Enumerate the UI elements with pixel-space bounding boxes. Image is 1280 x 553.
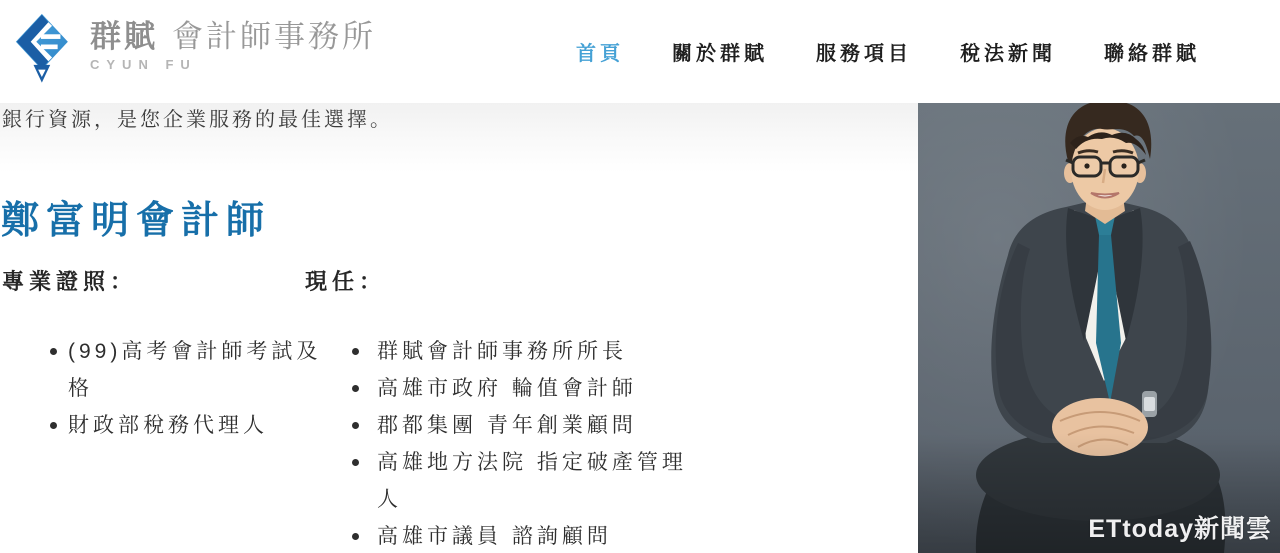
brand-name-secondary: 會計師事務所 xyxy=(172,19,376,54)
current-position-item: 高雄市議員 諮詢顧問 xyxy=(342,518,704,553)
nav-item-services[interactable]: 服務項目 xyxy=(816,37,912,66)
current-position-item: 群賦會計師事務所所長 xyxy=(342,333,704,370)
portrait-photo: ETtoday新聞雲 xyxy=(918,103,1280,553)
nav-item-home[interactable]: 首頁 xyxy=(576,37,624,66)
licenses-list: (99)高考會計師考試及格 財政部稅務代理人 xyxy=(40,333,340,444)
brand-logo-icon xyxy=(10,12,70,90)
brand-name-english: CYUN FU xyxy=(90,57,376,72)
watermark-ettoday: ETtoday新聞雲 xyxy=(1088,509,1272,545)
brand-name-primary: 群賦 xyxy=(90,19,158,54)
current-position-item: 郡都集團 青年創業顧問 xyxy=(342,407,704,444)
licenses-list-item: 財政部稅務代理人 xyxy=(40,407,340,444)
current-position-item: 高雄市政府 輪值會計師 xyxy=(342,370,704,407)
main-nav: 首頁 關於群賦 服務項目 稅法新聞 聯絡群賦 xyxy=(576,0,1200,103)
licenses-list-item: (99)高考會計師考試及格 xyxy=(40,333,340,407)
nav-item-about[interactable]: 關於群賦 xyxy=(672,37,768,66)
site-header: 群賦會計師事務所 CYUN FU 首頁 關於群賦 服務項目 稅法新聞 聯絡群賦 xyxy=(0,0,1280,103)
current-positions-list: 群賦會計師事務所所長 高雄市政府 輪值會計師 郡都集團 青年創業顧問 高雄地方法… xyxy=(342,333,704,553)
brand-text: 群賦會計師事務所 CYUN FU xyxy=(90,12,376,72)
section-label-current: 現任： xyxy=(305,265,386,296)
portrait-illustration xyxy=(918,103,1280,553)
content-area: 銀行資源，是您企業服務的最佳選擇。 鄭富明會計師 專業證照： 現任： (99)高… xyxy=(0,103,918,553)
page: 群賦會計師事務所 CYUN FU 首頁 關於群賦 服務項目 稅法新聞 聯絡群賦 … xyxy=(0,0,1280,553)
nav-item-contact[interactable]: 聯絡群賦 xyxy=(1104,37,1200,66)
current-position-item: 高雄地方法院 指定破產管理人 xyxy=(342,444,704,518)
section-label-licenses: 專業證照： xyxy=(2,265,137,296)
nav-item-tax-news[interactable]: 稅法新聞 xyxy=(960,37,1056,66)
brand-logo[interactable]: 群賦會計師事務所 CYUN FU xyxy=(10,12,376,90)
page-title: 鄭富明會計師 xyxy=(1,200,271,244)
intro-text-tail: 銀行資源，是您企業服務的最佳選擇。 xyxy=(2,106,393,134)
